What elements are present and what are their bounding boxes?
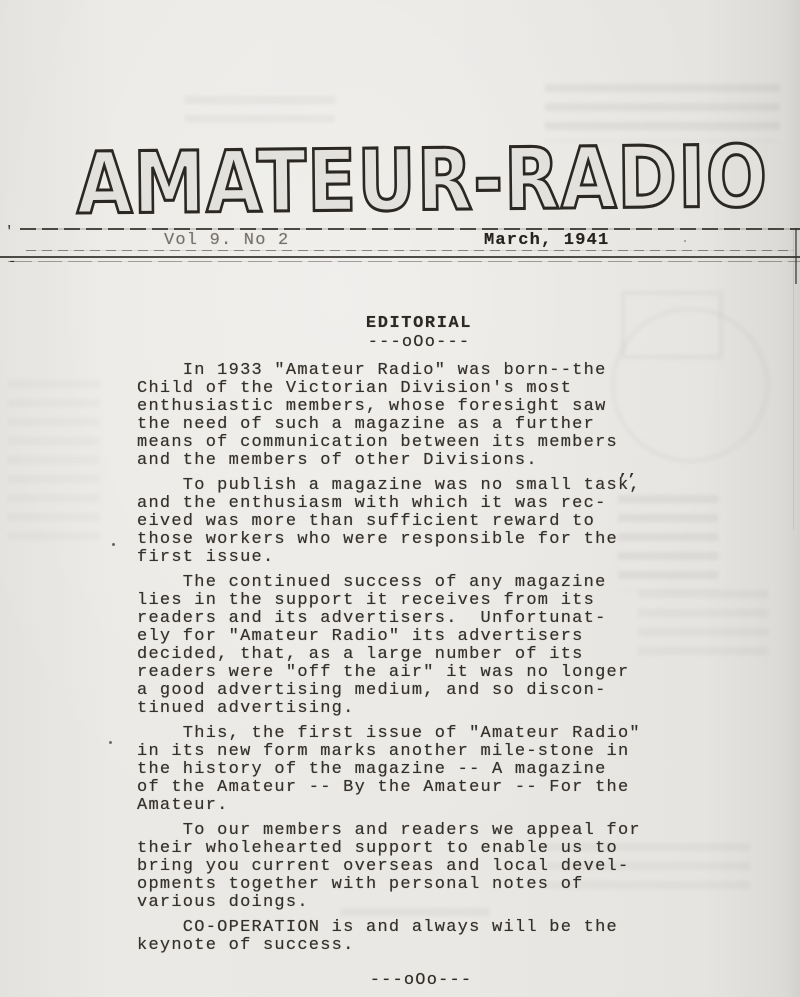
header-rule-middle xyxy=(26,250,794,251)
ink-speck xyxy=(112,543,115,546)
heading-divider: ---oOo--- xyxy=(149,333,689,352)
editorial-paragraph: The continued success of any magazine li… xyxy=(137,574,677,718)
page-edge-crease-soft xyxy=(793,230,794,530)
header-rule-bottom-thin xyxy=(8,261,800,262)
header-rule-top xyxy=(20,228,800,230)
issue-line: Vol 9. No 2 March, 1941 xyxy=(0,231,800,251)
editorial-heading: EDITORIAL xyxy=(149,314,689,333)
scanned-page: ' - ’’ AMATEUR-RADIO Vol 9. No 2 March, … xyxy=(0,0,800,997)
ink-speck xyxy=(109,741,112,744)
editorial-paragraph: To publish a magazine was no small task,… xyxy=(137,477,677,567)
footer-divider: ---oOo--- xyxy=(151,971,691,990)
issue-date: March, 1941 xyxy=(484,231,609,250)
editorial-paragraph: This, the first issue of "Amateur Radio"… xyxy=(137,725,677,815)
editorial-paragraph: CO-OPERATION is and always will be the k… xyxy=(137,919,677,955)
editorial-paragraph: In 1933 "Amateur Radio" was born--the Ch… xyxy=(137,362,677,470)
bleedthrough-text-smudge xyxy=(185,96,335,122)
editorial-paragraph: To our members and readers we appeal for… xyxy=(137,822,677,912)
editorial-section: EDITORIAL ---oOo--- In 1933 "Amateur Rad… xyxy=(137,314,677,990)
volume-number: Vol 9. No 2 xyxy=(164,231,289,250)
bleedthrough-text-smudge xyxy=(8,380,100,550)
header-rule-bottom-heavy xyxy=(0,256,800,258)
page-edge-crease xyxy=(795,228,797,284)
